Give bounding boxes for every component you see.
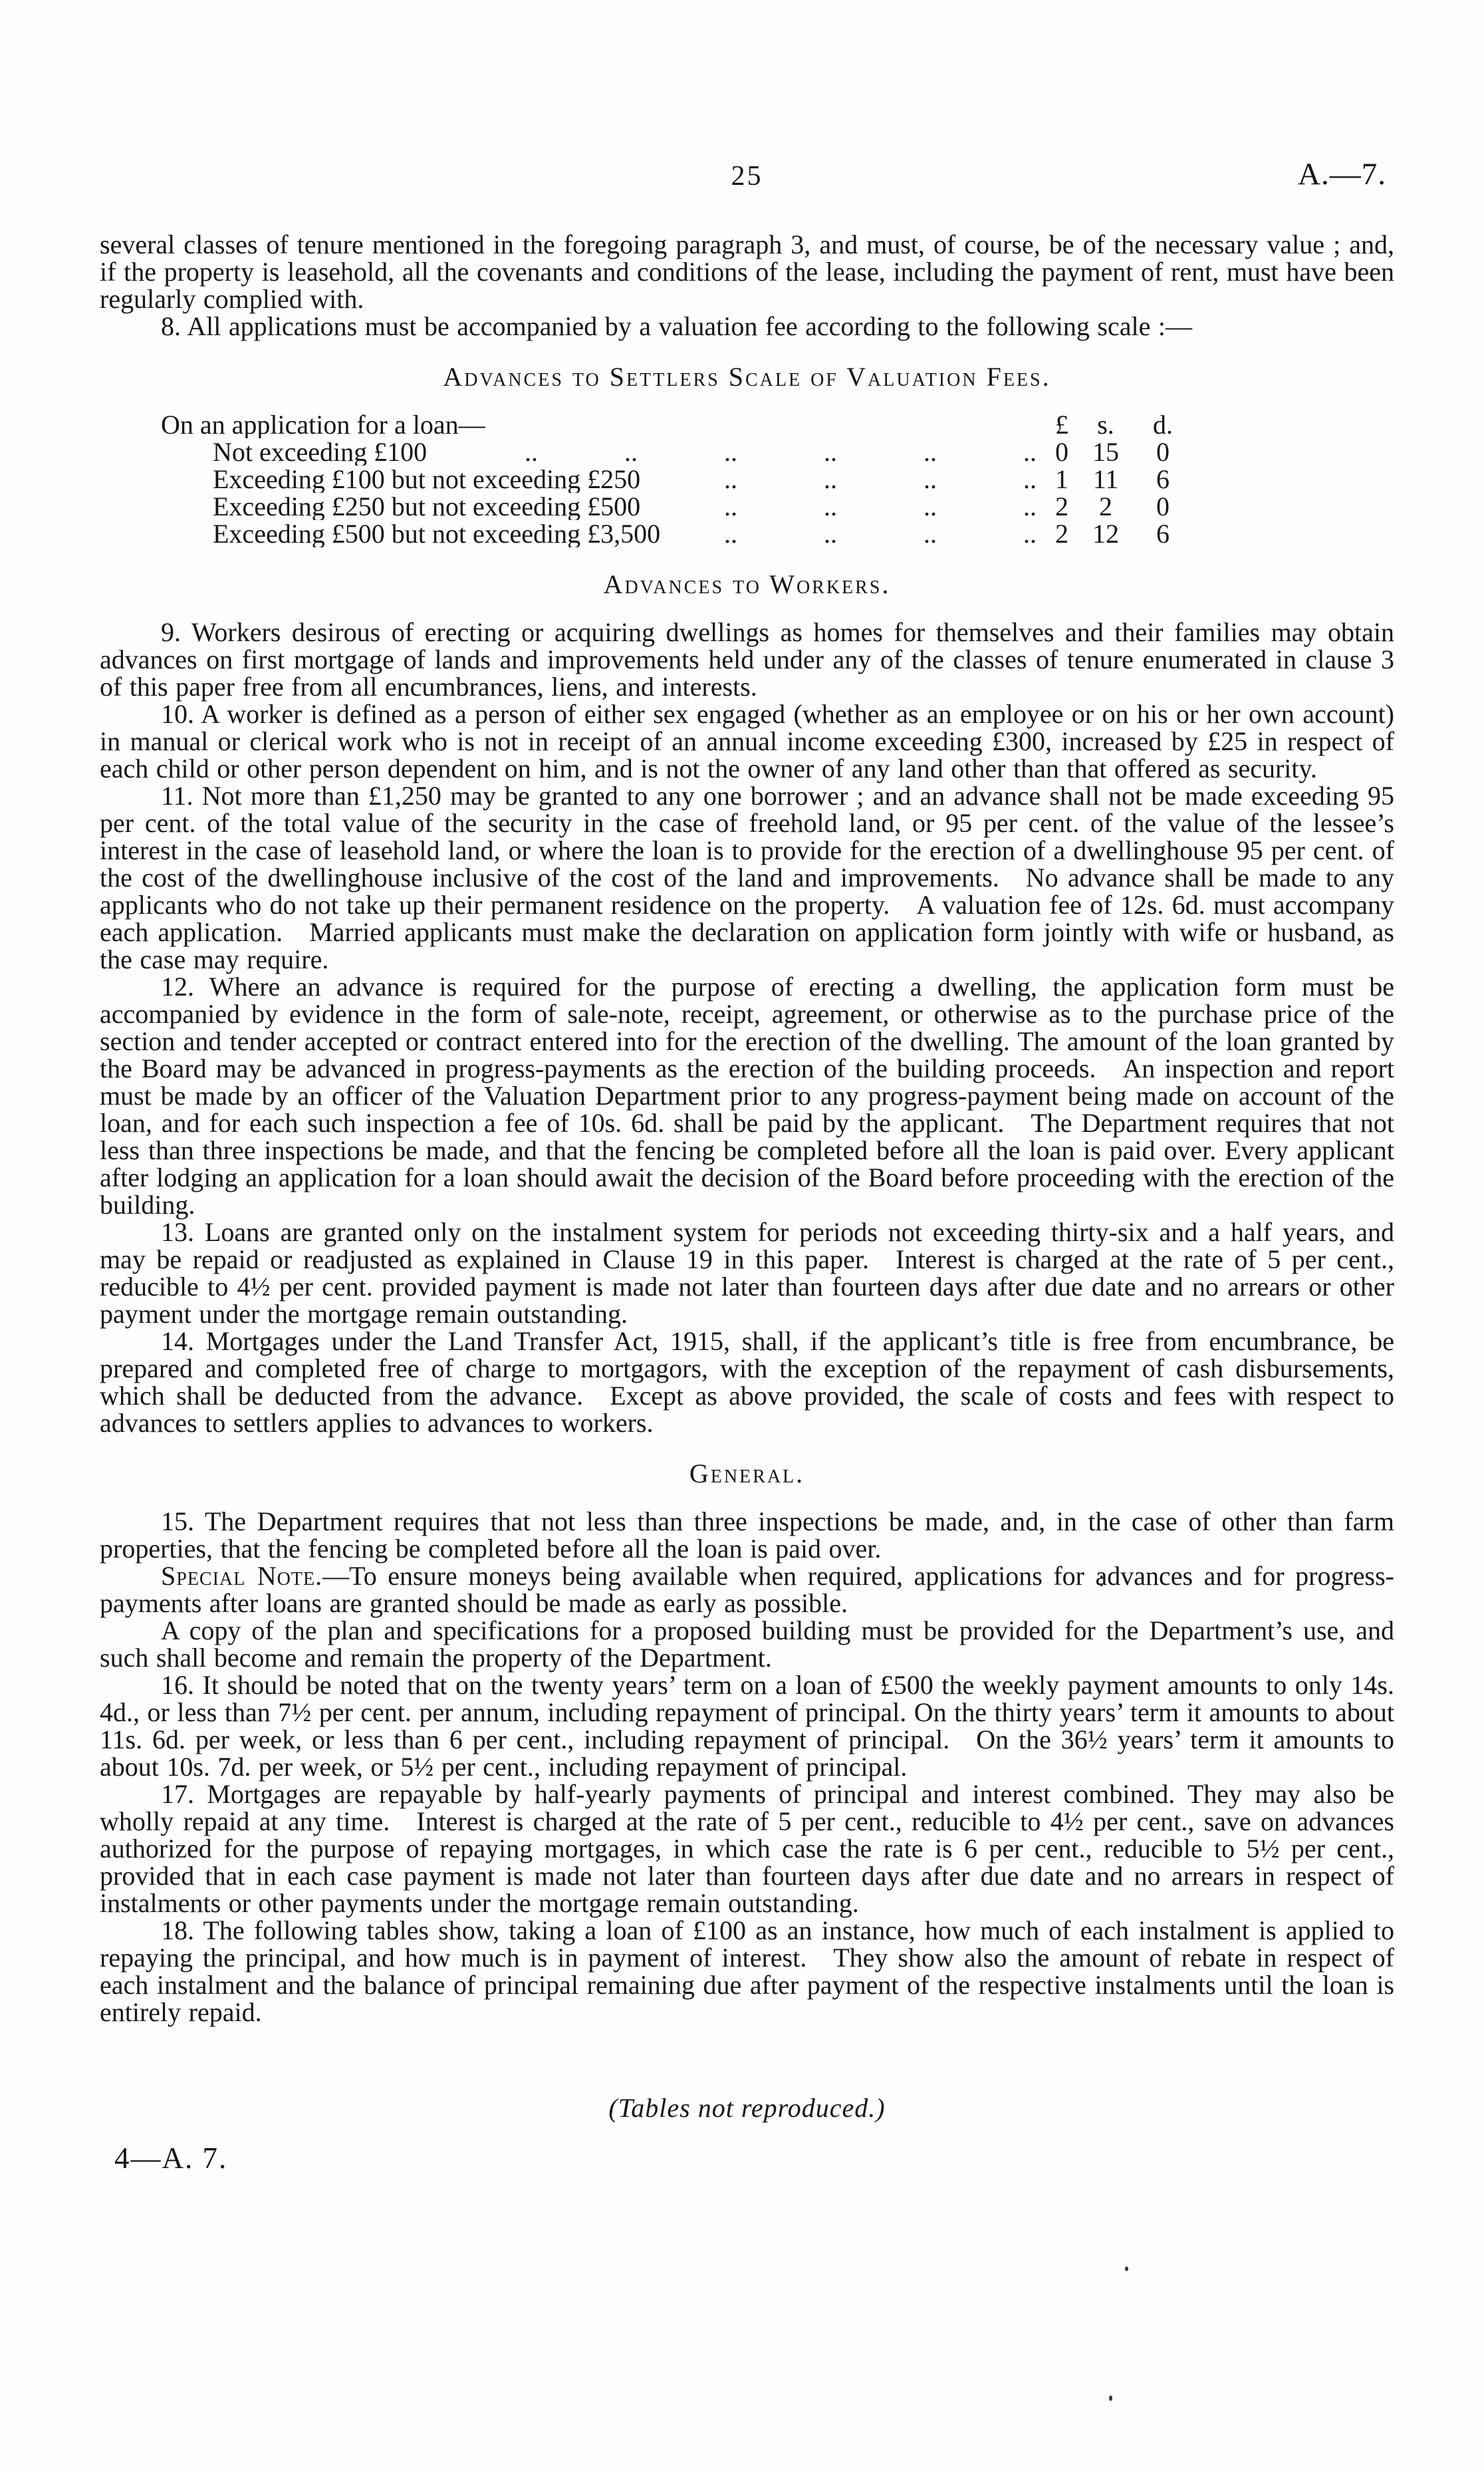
- paragraph-12: 12. Where an advance is required for the…: [100, 973, 1394, 1218]
- special-note-lead: Special Note.: [161, 1561, 322, 1591]
- shillings-column-header: s.: [1080, 411, 1131, 438]
- paragraph-17: 17. Mortgages are repayable by half-year…: [100, 1780, 1394, 1917]
- print-artifact-colon: :: [1098, 1567, 1104, 1592]
- page-header: 25 A.—7.: [100, 156, 1394, 198]
- dot-leaders: .. .. .. ..: [724, 520, 1043, 547]
- document-reference: A.—7.: [1298, 156, 1386, 192]
- paragraph-11: 11. Not more than £1,250 may be granted …: [100, 782, 1394, 973]
- fee-table-header-row: On an application for a loan— £ s. d.: [100, 411, 1394, 438]
- dot-leaders: .. .. .. ..: [724, 466, 1043, 493]
- workers-section-heading: Advances to Workers.: [100, 569, 1394, 600]
- fee-pence-value: 0: [1131, 493, 1195, 520]
- paragraph-16: 16. It should be noted that on the twent…: [100, 1671, 1394, 1780]
- paragraph-18: 18. The following tables show, taking a …: [100, 1917, 1394, 2026]
- fee-pounds-value: 0: [1043, 438, 1080, 466]
- paragraph-13: 13. Loans are granted only on the instal…: [100, 1218, 1394, 1327]
- fee-table-intro-label: On an application for a loan—: [100, 411, 485, 438]
- fee-shillings-value: 2: [1080, 493, 1131, 520]
- pounds-column-header: £: [1043, 411, 1080, 438]
- pence-column-header: d.: [1131, 411, 1195, 438]
- fee-table-row: Exceeding £100 but not exceeding £250 ..…: [100, 466, 1394, 493]
- fee-row-label: Not exceeding £100: [100, 438, 427, 466]
- fee-pounds-value: 1: [1043, 466, 1080, 493]
- fees-section-heading: Advances to Settlers Scale of Valuation …: [100, 361, 1394, 392]
- fee-shillings-value: 12: [1080, 520, 1131, 547]
- print-speck: [1109, 2396, 1112, 2401]
- continuation-paragraph: several classes of tenure mentioned in t…: [100, 231, 1394, 313]
- fee-pounds-value: 2: [1043, 493, 1080, 520]
- plan-copy-paragraph: A copy of the plan and specifications fo…: [100, 1617, 1394, 1671]
- print-speck: [1125, 2267, 1128, 2271]
- fee-pence-value: 6: [1131, 466, 1195, 493]
- fee-pence-value: 0: [1131, 438, 1195, 466]
- page-number: 25: [731, 160, 763, 192]
- fee-row-label: Exceeding £500 but not exceeding £3,500: [100, 520, 660, 547]
- paragraph-15: 15. The Department requires that not les…: [100, 1508, 1394, 1562]
- paragraph-10: 10. A worker is defined as a person of e…: [100, 700, 1394, 782]
- fee-row-label: Exceeding £100 but not exceeding £250: [100, 466, 640, 493]
- fee-row-label: Exceeding £250 but not exceeding £500: [100, 493, 640, 520]
- paragraph-14: 14. Mortgages under the Land Transfer Ac…: [100, 1327, 1394, 1437]
- tables-not-reproduced-note: (Tables not reproduced.): [100, 2092, 1394, 2124]
- special-note-paragraph: Special Note.—To ensure moneys being ava…: [100, 1562, 1394, 1617]
- general-section-heading: General.: [100, 1458, 1394, 1489]
- fee-pounds-value: 2: [1043, 520, 1080, 547]
- dot-leaders: .. .. .. ..: [724, 493, 1043, 520]
- dot-leaders: .. .. .. .. .. ..: [525, 438, 1043, 466]
- fee-pence-value: 6: [1131, 520, 1195, 547]
- fee-shillings-value: 15: [1080, 438, 1131, 466]
- fee-shillings-value: 11: [1080, 466, 1131, 493]
- paragraph-9: 9. Workers desirous of erecting or acqui…: [100, 618, 1394, 700]
- fee-table-row: Exceeding £500 but not exceeding £3,500 …: [100, 520, 1394, 547]
- document-page: 25 A.—7. several classes of tenure menti…: [0, 0, 1484, 2474]
- fee-table-row: Exceeding £250 but not exceeding £500 ..…: [100, 493, 1394, 520]
- paragraph-8: 8. All applications must be accompanied …: [100, 313, 1394, 340]
- fee-table-row: Not exceeding £100 .. .. .. .. .. .. 0 1…: [100, 438, 1394, 466]
- footer-signature: 4—A. 7.: [100, 2141, 1394, 2175]
- valuation-fees-table: On an application for a loan— £ s. d. No…: [100, 411, 1394, 547]
